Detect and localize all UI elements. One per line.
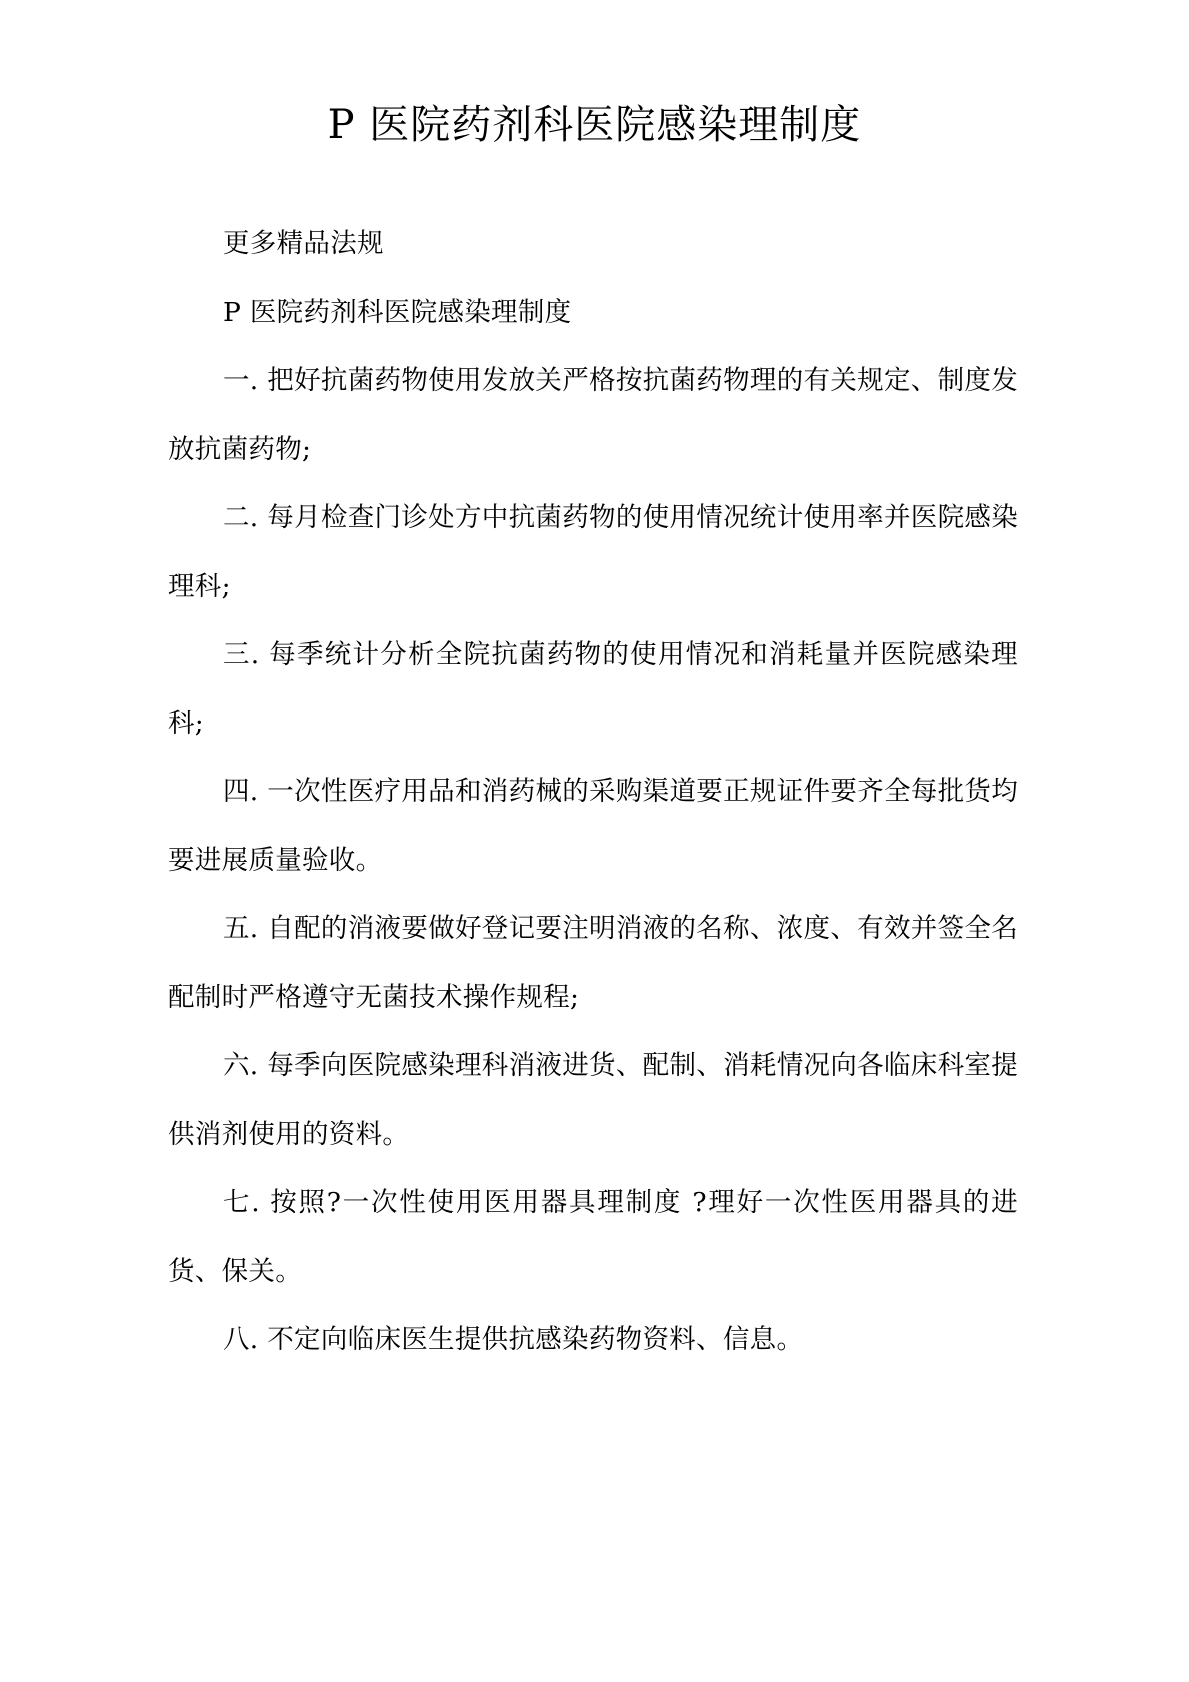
rule-item-3: 三. 每季统计分析全院抗菌药物的使用情况和消耗量并医院感染理科; (168, 621, 1018, 758)
document-page: P 医院药剂科医院感染理制度 更多精品法规 P 医院药剂科医院感染理制度 一. … (0, 0, 1189, 1682)
rule-item-1: 一. 把好抗菌药物使用发放关严格按抗菌药物理的有关规定、制度发放抗菌药物; (168, 347, 1018, 484)
source-line: 更多精品法规 (168, 210, 1018, 279)
rule-item-2: 二. 每月检查门诊处方中抗菌药物的使用情况统计使用率并医院感染理科; (168, 484, 1018, 621)
rule-item-4: 四. 一次性医疗用品和消药械的采购渠道要正规证件要齐全每批货均要进展质量验收。 (168, 758, 1018, 895)
rule-item-6: 六. 每季向医院感染理科消液进货、配制、消耗情况向各临床科室提供消剂使用的资料。 (168, 1032, 1018, 1169)
document-title: P 医院药剂科医院感染理制度 (0, 100, 1189, 150)
rule-item-7: 七. 按照?一次性使用医用器具理制度 ?理好一次性医用器具的进货、保关。 (168, 1169, 1018, 1306)
document-body: 更多精品法规 P 医院药剂科医院感染理制度 一. 把好抗菌药物使用发放关严格按抗… (168, 210, 1018, 1375)
rule-item-8: 八. 不定向临床医生提供抗感染药物资料、信息。 (168, 1306, 1018, 1375)
subtitle-line: P 医院药剂科医院感染理制度 (168, 279, 1018, 348)
rule-item-5: 五. 自配的消液要做好登记要注明消液的名称、浓度、有效并签全名配制时严格遵守无菌… (168, 895, 1018, 1032)
